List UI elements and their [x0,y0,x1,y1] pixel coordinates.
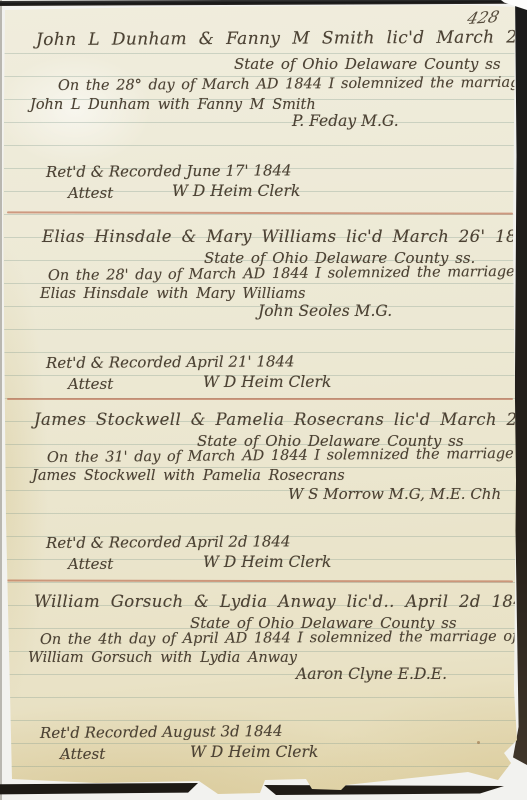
record-separator-line [7,398,513,400]
book-edge-top [0,0,527,6]
page-number: 428 [465,7,501,28]
entry-body-line1: On the 31' day of March AD 1844 I solemn… [47,446,527,466]
paper-speck [62,757,65,760]
attest-label: Attest [60,745,105,763]
ledger-paper: 428 John L Dunham & Fanny M Smith lic'd … [0,0,527,800]
paper-speck [477,741,480,744]
recorded-line: Ret'd & Recorded June 17' 1844 [46,161,292,181]
entry-body-line2: James Stockwell with Pamelia Rosecrans [32,468,345,484]
book-edge-bottom-left [0,783,198,795]
recorded-line: Ret'd & Recorded April 21' 1844 [46,352,295,372]
officiant-signature: P. Feday M.G. [292,112,399,130]
record-separator-line [7,580,513,583]
entry-state-line: State of Ohio Delaware County ss [234,55,501,73]
officiant-signature: Aaron Clyne E.D.E. [296,665,447,683]
entry-title: James Stockwell & Pamelia Rosecrans lic'… [34,410,527,429]
attest-label: Attest [68,375,113,393]
entry-title: Elias Hinsdale & Mary Williams lic'd Mar… [42,227,527,246]
officiant-signature: W S Morrow M.G, M.E. Chh [288,485,501,503]
entry-title: John L Dunham & Fanny M Smith lic'd Marc… [36,27,527,50]
clerk-signature: W D Heim Clerk [203,373,331,391]
book-edge-bottom-right [264,785,504,795]
clerk-signature: W D Heim Clerk [172,182,300,200]
clerk-signature: W D Heim Clerk [203,553,331,571]
scanned-ledger-page: 428 John L Dunham & Fanny M Smith lic'd … [0,0,527,800]
officiant-signature: John Seoles M.G. [258,302,392,320]
entry-body-line1: On the 28° day of March AD 1844 I solemn… [58,75,527,94]
entry-body-line1: On the 28' day of March AD 1844 I solemn… [48,264,527,284]
recorded-line: Ret'd & Recorded April 2d 1844 [46,532,291,552]
record-separator-line [7,211,513,214]
entry-body-line2: Elias Hinsdale with Mary Williams [40,286,305,302]
scan-left-edge [0,0,2,800]
attest-label: Attest [68,555,113,573]
entry-body-line2: William Gorsuch with Lydia Anway [28,650,297,666]
entry-body-line1: On the 4th day of April AD 1844 I solemn… [40,629,518,648]
recorded-line: Ret'd Recorded August 3d 1844 [40,722,283,742]
book-edge-right [513,3,527,765]
clerk-signature: W D Heim Clerk [190,743,318,761]
entry-body-line2: John L Dunham with Fanny M Smith [30,97,316,113]
entry-title: William Gorsuch & Lydia Anway lic'd.. Ap… [34,592,527,611]
attest-label: Attest [68,184,113,202]
